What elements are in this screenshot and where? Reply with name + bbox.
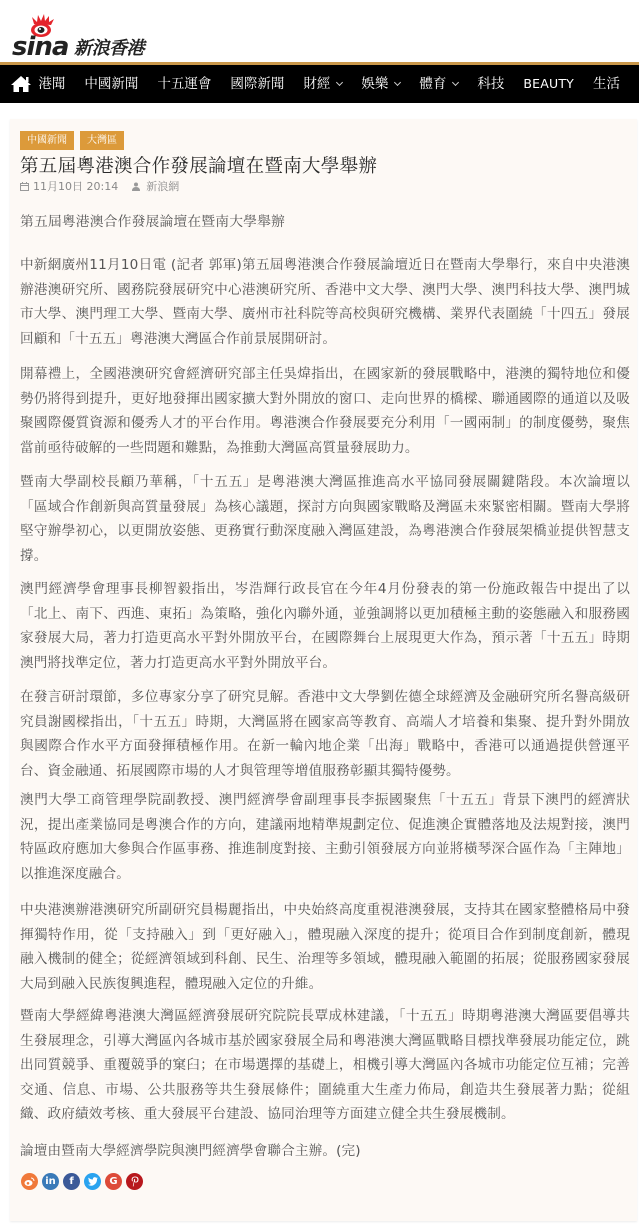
pinterest-share-button[interactable] <box>126 1173 143 1190</box>
google-icon: G <box>109 1176 117 1187</box>
facebook-share-button[interactable]: f <box>63 1173 80 1190</box>
linkedin-icon: in <box>45 1176 56 1187</box>
chevron-down-icon <box>336 78 343 85</box>
nav-item-label: 國際新聞 <box>230 65 284 103</box>
nav-item-finance[interactable]: 財經 <box>303 65 342 103</box>
twitter-icon <box>88 1177 98 1186</box>
nav-item-sports[interactable]: 體育 <box>419 65 458 103</box>
article-paragraph: 暨南大學經緯粵港澳大灣區經濟發展研究院院長覃成林建議，「十五五」時期粵港澳大灣區… <box>20 1004 630 1127</box>
article-paragraph: 暨南大學副校長顧乃華稱，「十五五」是粵港澳大灣區推進高水平協同發展關鍵階段。本次… <box>20 470 630 568</box>
article-lead: 第五屆粵港澳合作發展論壇在暨南大學舉辦 <box>20 210 285 235</box>
nav-item-china-news[interactable]: 中國新聞 <box>84 65 138 103</box>
nav-item-national-games[interactable]: 十五運會 <box>157 65 211 103</box>
linkedin-share-button[interactable]: in <box>42 1173 59 1190</box>
tag-china-news[interactable]: 中國新聞 <box>20 131 74 150</box>
article-paragraph: 中央港澳辦港澳研究所副研究員楊麗指出，中央始終高度重視港澳發展，支持其在國家整體… <box>20 898 630 996</box>
nav-item-label: 科技 <box>477 65 504 103</box>
nav-item-entertainment[interactable]: 娛樂 <box>361 65 400 103</box>
home-icon <box>10 75 32 93</box>
nav-item-label: 財經 <box>303 65 330 103</box>
article-date: 11月10日 20:14 <box>33 178 118 194</box>
nav-home-button[interactable] <box>0 65 38 103</box>
weibo-icon <box>24 1177 35 1187</box>
user-icon <box>132 182 140 191</box>
article-paragraph: 論壇由暨南大學經濟學院與澳門經濟學會聯合主辦。(完) <box>20 1139 630 1164</box>
article-author: 新浪網 <box>146 178 179 194</box>
logo-chinese-name: 新浪香港 <box>74 39 144 59</box>
chevron-down-icon <box>394 78 401 85</box>
weibo-share-button[interactable] <box>21 1173 38 1190</box>
article-paragraph: 在發言研討環節，多位專家分享了研究見解。香港中文大學劉佐德全球經濟及金融研究所名… <box>20 685 630 783</box>
nav-item-world-news[interactable]: 國際新聞 <box>230 65 284 103</box>
article-paragraph: 澳門大學工商管理學院副教授、澳門經濟學會副理事長李振國聚焦「十五五」背景下澳門的… <box>20 788 630 886</box>
site-logo[interactable]: sina 新浪香港 <box>12 14 172 60</box>
nav-item-lifestyle[interactable]: 生活 <box>593 65 620 103</box>
chevron-down-icon <box>452 78 459 85</box>
nav-item-label: 生活 <box>593 65 620 103</box>
calendar-icon <box>20 182 29 191</box>
google-share-button[interactable]: G <box>105 1173 122 1190</box>
logo-wordmark: sina <box>12 34 68 60</box>
main-nav: 港聞 中國新聞 十五運會 國際新聞 財經 娛樂 體育 科技 BEAUTY 生活 <box>0 65 639 103</box>
share-bar: in f G <box>21 1173 143 1190</box>
article-tags: 中國新聞 大灣區 <box>20 131 124 150</box>
nav-item-label: 體育 <box>419 65 446 103</box>
nav-item-hk-news[interactable]: 港聞 <box>38 65 65 103</box>
nav-item-label: 娛樂 <box>361 65 388 103</box>
site-header: sina 新浪香港 <box>0 0 639 62</box>
nav-item-tech[interactable]: 科技 <box>477 65 504 103</box>
article-meta: 11月10日 20:14 新浪網 <box>20 178 179 194</box>
article-card: 中國新聞 大灣區 第五屆粵港澳合作發展論壇在暨南大學舉辦 11月10日 20:1… <box>10 119 637 1221</box>
twitter-share-button[interactable] <box>84 1173 101 1190</box>
article-paragraph: 開幕禮上，全國港澳研究會經濟研究部主任吳煒指出，在國家新的發展戰略中，港澳的獨特… <box>20 362 630 460</box>
nav-item-label: 十五運會 <box>157 65 211 103</box>
pinterest-icon <box>131 1176 139 1187</box>
nav-item-label: 港聞 <box>38 65 65 103</box>
tag-greater-bay-area[interactable]: 大灣區 <box>80 131 124 150</box>
article-title: 第五屆粵港澳合作發展論壇在暨南大學舉辦 <box>20 152 377 178</box>
article-paragraph: 澳門經濟學會理事長柳智毅指出，岑浩輝行政長官在今年4月份發表的第一份施政報告中提… <box>20 577 630 675</box>
nav-item-label: 中國新聞 <box>84 65 138 103</box>
facebook-icon: f <box>69 1176 73 1187</box>
nav-item-label: BEAUTY <box>523 65 574 103</box>
nav-item-beauty[interactable]: BEAUTY <box>523 65 574 103</box>
article-paragraph: 中新網廣州11月10日電 (記者 郭軍)第五屆粵港澳合作發展論壇近日在暨南大學舉… <box>20 253 630 351</box>
